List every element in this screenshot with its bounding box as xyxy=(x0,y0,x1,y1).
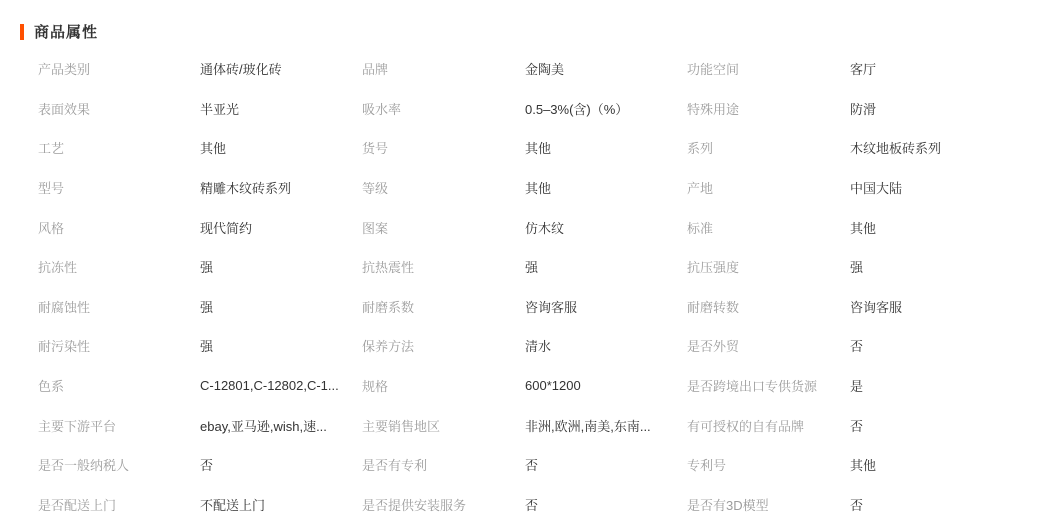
attr-value: 木纹地板砖系列 xyxy=(850,128,1043,168)
attr-label: 是否有3D模型 xyxy=(687,485,850,525)
attr-value: 否 xyxy=(850,405,1043,445)
attr-value: 强 xyxy=(200,326,362,366)
product-attributes-panel: 商品属性 产品类别通体砖/玻化砖品牌金陶美功能空间客厅表面效果半亚光吸水率0.5… xyxy=(0,0,1043,532)
attr-label: 耐污染性 xyxy=(38,326,200,366)
attr-label: 系列 xyxy=(687,128,850,168)
attr-value: 否 xyxy=(525,445,687,485)
attr-value: 0.5–3%(含)（%） xyxy=(525,89,687,129)
accent-bar-icon xyxy=(20,24,24,40)
attr-value: C-12801,C-12802,C-1... xyxy=(200,366,362,406)
attr-value: 中国大陆 xyxy=(850,168,1043,208)
attr-value: 不配送上门 xyxy=(200,485,362,525)
attr-label: 规格 xyxy=(362,366,525,406)
attr-value: 否 xyxy=(525,485,687,525)
attr-label: 是否外贸 xyxy=(687,326,850,366)
attr-label: 表面效果 xyxy=(38,89,200,129)
attributes-grid: 产品类别通体砖/玻化砖品牌金陶美功能空间客厅表面效果半亚光吸水率0.5–3%(含… xyxy=(38,49,1043,524)
attr-label: 专利号 xyxy=(687,445,850,485)
attr-value: 其他 xyxy=(850,445,1043,485)
attr-label: 抗冻性 xyxy=(38,247,200,287)
attr-value: 金陶美 xyxy=(525,49,687,89)
panel-title: 商品属性 xyxy=(34,21,98,42)
attr-value: 防滑 xyxy=(850,89,1043,129)
attr-value: 仿木纹 xyxy=(525,207,687,247)
attr-value: 强 xyxy=(200,247,362,287)
attr-value: 客厅 xyxy=(850,49,1043,89)
attr-value: 否 xyxy=(850,326,1043,366)
attr-value: 是 xyxy=(850,366,1043,406)
attr-label: 产品类别 xyxy=(38,49,200,89)
attr-value: 600*1200 xyxy=(525,366,687,406)
attr-label: 等级 xyxy=(362,168,525,208)
attr-value: 否 xyxy=(200,445,362,485)
attr-value: 强 xyxy=(525,247,687,287)
attr-label: 图案 xyxy=(362,207,525,247)
attr-label: 耐磨系数 xyxy=(362,287,525,327)
attr-value: 其他 xyxy=(525,128,687,168)
attr-value: 半亚光 xyxy=(200,89,362,129)
attr-label: 工艺 xyxy=(38,128,200,168)
attr-label: 抗压强度 xyxy=(687,247,850,287)
attr-value: 其他 xyxy=(525,168,687,208)
attr-label: 耐腐蚀性 xyxy=(38,287,200,327)
attr-value: 现代简约 xyxy=(200,207,362,247)
attr-label: 吸水率 xyxy=(362,89,525,129)
attr-value: 清水 xyxy=(525,326,687,366)
attr-value: 非洲,欧洲,南美,东南... xyxy=(525,405,687,445)
attr-value: 咨询客服 xyxy=(850,287,1043,327)
attr-label: 有可授权的自有品牌 xyxy=(687,405,850,445)
attr-label: 货号 xyxy=(362,128,525,168)
panel-header: 商品属性 xyxy=(20,23,1043,40)
attr-value: 其他 xyxy=(850,207,1043,247)
attr-value: 强 xyxy=(850,247,1043,287)
attr-label: 功能空间 xyxy=(687,49,850,89)
attr-value: ebay,亚马逊,wish,速... xyxy=(200,405,362,445)
attr-label: 主要下游平台 xyxy=(38,405,200,445)
attr-value: 咨询客服 xyxy=(525,287,687,327)
attr-label: 保养方法 xyxy=(362,326,525,366)
attr-value: 精雕木纹砖系列 xyxy=(200,168,362,208)
attr-label: 特殊用途 xyxy=(687,89,850,129)
attr-label: 品牌 xyxy=(362,49,525,89)
attr-label: 是否一般纳税人 xyxy=(38,445,200,485)
attr-value: 强 xyxy=(200,287,362,327)
attr-label: 色系 xyxy=(38,366,200,406)
attr-label: 风格 xyxy=(38,207,200,247)
attr-label: 型号 xyxy=(38,168,200,208)
attr-label: 是否有专利 xyxy=(362,445,525,485)
attr-label: 是否跨境出口专供货源 xyxy=(687,366,850,406)
attr-label: 主要销售地区 xyxy=(362,405,525,445)
attr-label: 是否提供安装服务 xyxy=(362,485,525,525)
attr-value: 否 xyxy=(850,485,1043,525)
attr-value: 通体砖/玻化砖 xyxy=(200,49,362,89)
attr-label: 是否配送上门 xyxy=(38,485,200,525)
attr-label: 抗热震性 xyxy=(362,247,525,287)
attr-label: 产地 xyxy=(687,168,850,208)
attr-value: 其他 xyxy=(200,128,362,168)
attr-label: 耐磨转数 xyxy=(687,287,850,327)
attr-label: 标准 xyxy=(687,207,850,247)
